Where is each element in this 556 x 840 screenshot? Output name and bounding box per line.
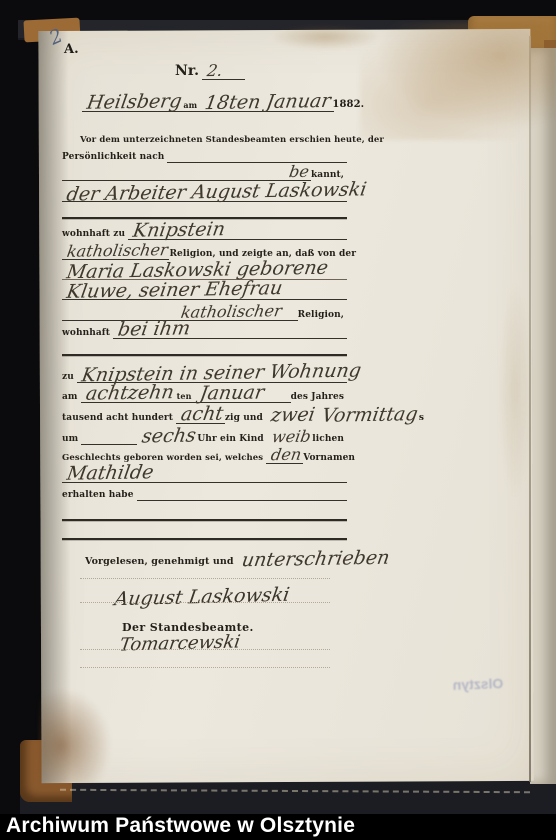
declarant-row: der Arbeiter August Laskowski xyxy=(62,182,347,202)
zig-und-label: zig und xyxy=(225,413,266,424)
am-label: am xyxy=(183,100,200,111)
birthday-handwritten: achtzehn xyxy=(79,385,176,403)
date-handwritten: 18ten Januar xyxy=(199,94,334,112)
mother-handwritten-2: Kluwe, seiner Ehefrau xyxy=(60,281,285,301)
am2-label: am xyxy=(62,392,81,403)
archival-scan-viewer: 2 A. Nr. 2. Heilsberg am 18ten Januar 18… xyxy=(0,0,556,840)
zu-label: zu xyxy=(62,372,77,383)
erhalten-line xyxy=(137,500,347,501)
year-printed: 1882. xyxy=(332,99,367,111)
mother-line-1: Maria Laskowski geborene xyxy=(62,263,347,280)
blank-rule-3 xyxy=(62,538,347,540)
residence-row: wohnhaft zu Knipstein xyxy=(62,220,347,240)
personlichkeit-row: Persönlichkeit nach xyxy=(62,143,347,163)
den-handwritten: den xyxy=(265,449,304,463)
form-letter-a: A. xyxy=(64,42,79,57)
mother-row-1: Maria Laskowski geborene xyxy=(62,260,347,280)
ten-label: ten xyxy=(177,391,195,403)
erhalten-row: erhalten habe xyxy=(62,481,347,501)
faint-line-2 xyxy=(80,602,330,603)
religion1-line: katholischer xyxy=(62,245,169,260)
declarant-line: der Arbeiter August Laskowski xyxy=(62,185,347,202)
dateline-line: Heilsberg am 18ten Januar 1882. xyxy=(82,95,334,112)
birthtime-row: um sechs Uhr ein Kind weib lichen xyxy=(62,425,347,445)
des-jahres-label: des Jahres xyxy=(291,392,347,403)
faint-line-3 xyxy=(80,649,330,650)
wohnhaft-line: bei ihm xyxy=(113,322,347,339)
bekannt-row: be kannt, xyxy=(62,161,347,181)
page-edge-line xyxy=(529,36,531,782)
hour-handwritten: sechs xyxy=(135,428,198,445)
archive-caption-text: Archiwum Państwowe w Olsztynie xyxy=(6,814,355,838)
section-separator-rule xyxy=(62,354,347,356)
residence-handwritten: Knipstein xyxy=(127,222,228,240)
tausend-label: tausend acht hundert xyxy=(62,413,176,424)
faint-line-4 xyxy=(80,667,330,668)
religion1-handwritten: katholischer xyxy=(61,244,171,260)
birthplace-row: zu Knipstein in seiner Wohnung xyxy=(62,363,347,383)
declarant-handwritten: der Arbeiter August Laskowski xyxy=(60,182,369,204)
unit-handwritten: zwei xyxy=(265,407,318,424)
closing-printed: Vorgelesen, genehmigt und xyxy=(85,556,237,568)
mittag-s-label: s xyxy=(419,413,427,424)
mother-row-2: Kluwe, seiner Ehefrau xyxy=(62,280,347,300)
residence-line: Knipstein xyxy=(128,223,347,240)
birthplace-line: Knipstein in seiner Wohnung xyxy=(77,366,347,383)
birthdate-row: am achtzehn ten Januar des Jahres xyxy=(62,383,347,403)
nr-value-handwritten: 2. xyxy=(201,65,226,79)
wohnhaft-row: wohnhaft bei ihm xyxy=(62,319,347,339)
geschlecht-row: Geschlechts geboren worden sei, welches … xyxy=(62,444,347,464)
place-handwritten: Heilsberg xyxy=(81,94,185,112)
dateline-row: Heilsberg am 18ten Januar 1882. xyxy=(82,92,334,112)
religion2-row: katholischer Religion, xyxy=(62,301,347,321)
mittag-handwritten: Vormittag xyxy=(315,407,420,425)
bekannt-line: be xyxy=(62,166,311,181)
blank-rule-2 xyxy=(62,519,347,521)
decade-handwritten: acht xyxy=(175,406,227,423)
book-cover-bottom-edge xyxy=(20,778,556,814)
declarant-signature: August Laskowski xyxy=(113,584,291,611)
decade-line: acht xyxy=(176,407,225,424)
closing-row: Vorgelesen, genehmigt und unterschrieben xyxy=(85,548,347,568)
birthday-line: achtzehn xyxy=(81,386,177,403)
nr-line: 2. xyxy=(202,65,245,80)
birthmonth-handwritten: Januar xyxy=(193,385,267,402)
registrar-signature: Tomarcewski xyxy=(118,631,242,655)
birthyear-row: tausend acht hundert acht zig und zwei V… xyxy=(62,404,352,424)
bekannt-handwritten: be xyxy=(283,166,312,180)
closing-handwritten: unterschrieben xyxy=(235,550,392,569)
archive-caption-bar: Archiwum Państwowe w Olsztynie xyxy=(0,814,556,840)
vornamen-blank-line: den xyxy=(266,449,303,464)
faint-line-1 xyxy=(80,578,330,579)
birthmonth-line: Januar xyxy=(195,386,291,403)
wohnhaft-zu-label: wohnhaft zu xyxy=(62,229,128,240)
wohnhaft-handwritten: bei ihm xyxy=(112,321,194,339)
wohnhaft-label: wohnhaft xyxy=(62,328,113,339)
record-number-row: Nr. 2. xyxy=(175,60,245,80)
nr-label: Nr. xyxy=(175,63,202,80)
mother-line-2: Kluwe, seiner Ehefrau xyxy=(62,283,347,300)
erhalten-label: erhalten habe xyxy=(62,490,137,501)
childname-row: Mathilde xyxy=(62,463,347,483)
